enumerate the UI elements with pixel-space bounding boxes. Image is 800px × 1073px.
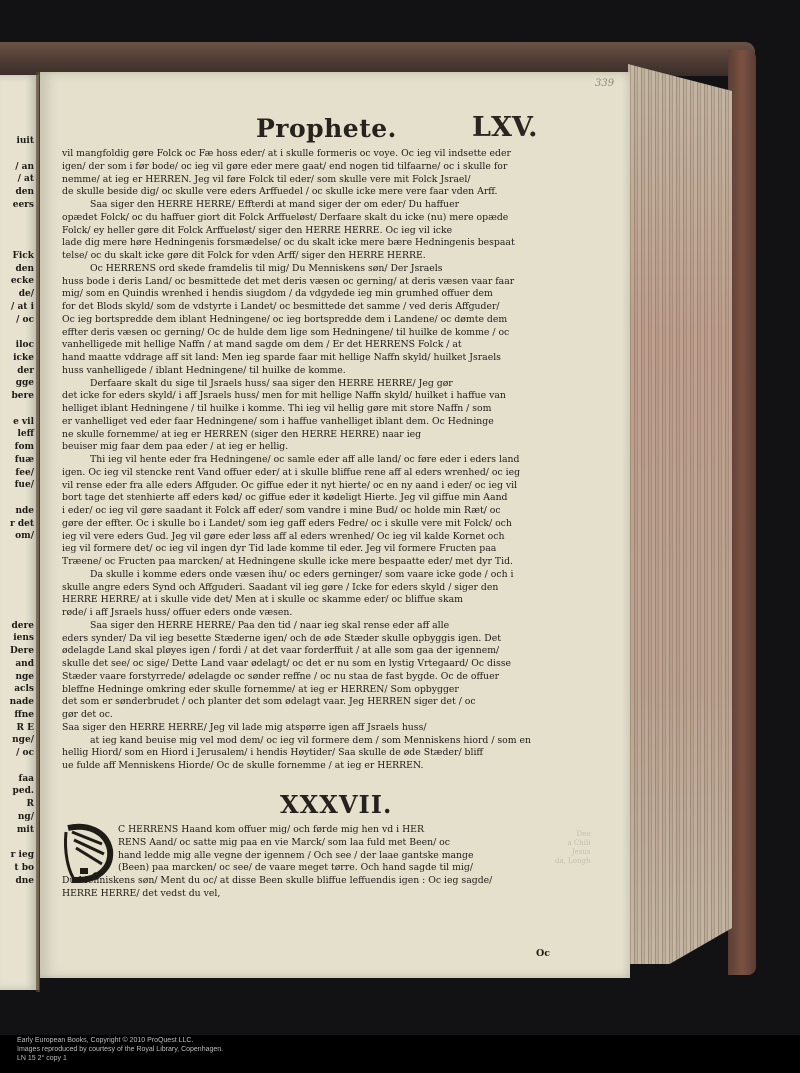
text-line: effter deris væsen oc gerning/ Oc de hul… xyxy=(62,327,577,340)
text-line: hand ledde mig alle vegne der igennem / … xyxy=(62,850,577,863)
pencil-folio-number: 339 xyxy=(595,78,614,89)
text-line: RENS Aand/ oc satte mig paa en vie Marck… xyxy=(62,837,577,850)
bleed-through-line: da, Longh xyxy=(555,857,590,866)
text-line: Thi ieg vil hente eder fra Hedningene/ o… xyxy=(62,454,577,467)
text-line: de skulle beside dig/ oc skulle vere ede… xyxy=(62,186,577,199)
text-line: beuiser mig faar dem paa eder / at ieg e… xyxy=(62,441,577,454)
left-page-text-fragment: e vil xyxy=(13,416,34,428)
text-line: i eder/ oc ieg vil gøre saadant it Folck… xyxy=(62,505,577,518)
text-line: (Been) paa marcken/ oc see/ de vaare meg… xyxy=(62,862,577,875)
left-page-text-fragment: t bo xyxy=(14,862,34,874)
text-line: Saa siger den HERRE HERRE/ Effterdi at m… xyxy=(62,199,577,212)
left-page-text-fragment: fom xyxy=(15,441,34,453)
text-line: røde/ i aff Jsraels huss/ offuer eders o… xyxy=(62,607,577,620)
body-text: vil mangfoldig gøre Folck oc Fæ hoss ede… xyxy=(62,148,577,773)
left-page-text-fragment: gge xyxy=(16,377,34,389)
left-page-text-fragment: dne xyxy=(15,875,34,887)
text-line: gøre der effter. Oc i skulle bo i Landet… xyxy=(62,518,577,531)
text-line: gør det oc. xyxy=(62,709,577,722)
footer-shelfmark: LN 15 2° copy 1 xyxy=(17,1055,67,1062)
text-line: lade dig mere høre Hedningenis forsmædel… xyxy=(62,237,577,250)
text-line: Saa siger den HERRE HERRE/ Jeg vil lade … xyxy=(62,722,577,735)
book-photograph: iuit/ an/ atdeneersFickdeneckede// at i/… xyxy=(0,0,800,1035)
left-page-text-fragment: der xyxy=(17,365,34,377)
left-page-text-fragment: r det xyxy=(10,518,34,530)
text-line: huss bode i deris Land/ oc besmittede de… xyxy=(62,276,577,289)
text-line: nemme/ at ieg er HERREN. Jeg vil føre Fo… xyxy=(62,174,577,187)
catchword: Oc xyxy=(536,948,550,959)
left-page-text-fragment: / oc xyxy=(16,314,34,326)
text-line: ødelagde Land skal pløyes igen / fordi /… xyxy=(62,645,577,658)
chapter-text: C HERRENS Haand kom offuer mig/ och førd… xyxy=(62,824,577,901)
left-page-text-fragment: dere xyxy=(12,620,35,632)
roman-page-number: LXV. xyxy=(472,112,538,143)
left-page-text-fragment: / at i xyxy=(11,301,34,313)
left-page-text-fragment: r ieg xyxy=(11,849,34,861)
left-page-text-fragment: nge xyxy=(15,671,34,683)
text-line: bleffne Hedninge omkring eder skulle for… xyxy=(62,684,577,697)
text-line: ieg vil formere det/ oc ieg vil ingen dy… xyxy=(62,543,577,556)
page-block-fore-edge xyxy=(628,64,732,964)
left-page-text-fragment: acls xyxy=(14,683,34,695)
text-line: ne skulle fornemme/ at ieg er HERREN (si… xyxy=(62,429,577,442)
left-page-text-fragment: iuit xyxy=(16,135,34,147)
text-line: Træene/ oc Fructen paa marcken/ at Hedni… xyxy=(62,556,577,569)
running-head: Prophete. xyxy=(256,114,397,143)
text-line: det som er sønderbrudet / och planter de… xyxy=(62,696,577,709)
text-line: Folck/ ey heller gøre dit Folck Arffuelø… xyxy=(62,225,577,238)
text-line: mig/ som en Quindis wrenhed i hendis siu… xyxy=(62,288,577,301)
right-page: 339 Prophete. LXV. vil mangfoldig gøre F… xyxy=(40,72,630,978)
text-line: er vanhelliget ved eder faar Hedningene/… xyxy=(62,416,577,429)
text-line: ue fulde aff Menniskens Hiorde/ Oc de sk… xyxy=(62,760,577,773)
text-line: hellig Hiord/ som en Hiord i Jerusalem/ … xyxy=(62,747,577,760)
left-page-text-fragment: faa xyxy=(18,773,34,785)
left-page-text-fragment: / an xyxy=(15,161,34,173)
bleed-through-text: Deoa ChiliJesusda, Longh xyxy=(555,830,590,866)
text-line: helliget iblant Hedningene / til huilke … xyxy=(62,403,577,416)
text-line: huss vanhelligede / iblant Hedningene/ t… xyxy=(62,365,577,378)
text-line: igen/ der som i før bode/ oc ieg vil gør… xyxy=(62,161,577,174)
left-page-text-fragment: iens xyxy=(13,632,34,644)
text-line: vanhelligede mit hellige Naffn / at mand… xyxy=(62,339,577,352)
footer-courtesy: Images reproduced by courtesy of the Roy… xyxy=(17,1046,223,1053)
left-page-text-fragment: eers xyxy=(13,199,34,211)
footer-copyright: Early European Books, Copyright © 2010 P… xyxy=(17,1037,193,1044)
text-line: Oc ieg bortspredde dem iblant Hedningene… xyxy=(62,314,577,327)
left-page-text-fragment: nade xyxy=(10,696,34,708)
text-line: igen. Oc ieg vil stencke rent Vand offue… xyxy=(62,467,577,480)
text-line: hand maatte vddrage aff sit land: Men ie… xyxy=(62,352,577,365)
bleed-through-line: Jesus xyxy=(555,848,590,857)
left-page-text-fragment: bere xyxy=(12,390,35,402)
left-page-text-fragment: leff xyxy=(17,428,34,440)
text-line: skulle angre eders Synd och Affguderi. S… xyxy=(62,582,577,595)
text-line: HERRE HERRE/ det vedst du vel, xyxy=(62,888,577,901)
left-page-text-fragment: mit xyxy=(17,824,34,836)
bleed-through-line: Deo xyxy=(555,830,590,839)
left-page-text-fragment: and xyxy=(15,658,34,670)
left-facing-page: iuit/ an/ atdeneersFickdeneckede// at i/… xyxy=(0,75,39,990)
left-page-text-fragment: fuæ xyxy=(15,454,34,466)
left-page-text-fragment: ng/ xyxy=(18,811,34,823)
left-page-text-fragment: icke xyxy=(13,352,34,364)
text-line: Derfaare skalt du sige til Jsraels huss/… xyxy=(62,378,577,391)
book-cover-right-board xyxy=(728,50,756,975)
left-page-text-fragment: iloc xyxy=(16,339,34,351)
left-page-text-fragment: fue/ xyxy=(15,479,34,491)
chapter-heading: XXXVII. xyxy=(280,790,392,819)
text-line: Saa siger den HERRE HERRE/ Paa den tid /… xyxy=(62,620,577,633)
text-line: vil mangfoldig gøre Folck oc Fæ hoss ede… xyxy=(62,148,577,161)
left-page-text-fragment: / oc xyxy=(16,747,34,759)
left-page-text-fragment: Dere xyxy=(10,645,34,657)
copyright-footer: Early European Books, Copyright © 2010 P… xyxy=(0,1035,800,1073)
left-page-text-fragment: de/ xyxy=(19,288,34,300)
left-page-text-fragment: / at xyxy=(18,173,34,185)
text-line: telse/ oc du skalt icke gøre dit Folck f… xyxy=(62,250,577,263)
left-page-text-fragment: fee/ xyxy=(15,467,34,479)
text-line: at ieg kand beuise mig vel mod dem/ oc i… xyxy=(62,735,577,748)
left-page-text-fragment: den xyxy=(15,263,34,275)
text-line: Stæder vaare forstyrrede/ ødelagde oc sø… xyxy=(62,671,577,684)
left-page-text-fragment: nde xyxy=(15,505,34,517)
text-line: Oc HERRENS ord skede framdelis til mig/ … xyxy=(62,263,577,276)
left-page-text-fragment: ecke xyxy=(11,275,34,287)
text-line: Da skulle i komme eders onde væsen ihu/ … xyxy=(62,569,577,582)
text-line: Du Menniskens søn/ Ment du oc/ at disse … xyxy=(62,875,577,888)
text-line: skulle det see/ oc sige/ Dette Land vaar… xyxy=(62,658,577,671)
bleed-through-line: a Chili xyxy=(555,839,590,848)
left-page-text-fragment: den xyxy=(15,186,34,198)
text-line: eders synder/ Da vil ieg besette Stædern… xyxy=(62,633,577,646)
left-page-text-fragment: ped. xyxy=(13,785,34,797)
left-page-text-fragment: R xyxy=(27,798,34,810)
text-line: det icke for eders skyld/ i aff Jsraels … xyxy=(62,390,577,403)
text-line: HERRE HERRE/ at i skulle vide det/ Men a… xyxy=(62,594,577,607)
text-line: opædet Folck/ oc du haffuer giort dit Fo… xyxy=(62,212,577,225)
left-page-text-fragment: om/ xyxy=(15,530,34,542)
text-line: vil rense eder fra alle eders Affguder. … xyxy=(62,480,577,493)
text-line: for det Blods skyld/ som de vdstyrte i L… xyxy=(62,301,577,314)
text-line: ieg vil vere eders Gud. Jeg vil gøre ede… xyxy=(62,531,577,544)
left-page-text-fragment: R E xyxy=(17,722,34,734)
left-page-text-fragment: ffne xyxy=(14,709,34,721)
text-line: C HERRENS Haand kom offuer mig/ och førd… xyxy=(62,824,577,837)
left-page-text-fragment: Fick xyxy=(12,250,34,262)
text-line: bort tage det stenhierte aff eders kød/ … xyxy=(62,492,577,505)
left-page-text-fragment: nge/ xyxy=(12,734,34,746)
